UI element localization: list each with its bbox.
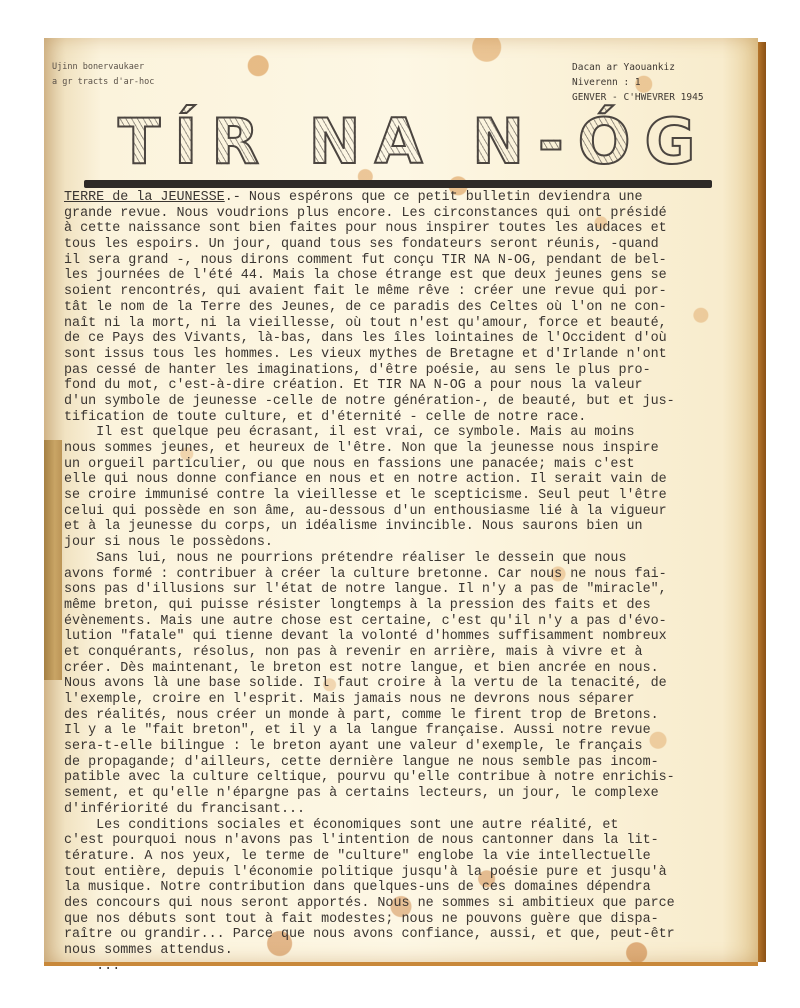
article-line: et à la jeunesse du corps, un idéalisme … — [64, 519, 754, 535]
issue-number: Niverenn : 1 — [572, 75, 704, 90]
article-line: Nous avons là une base solide. Il faut c… — [64, 676, 754, 692]
article-heading: TERRE de la JEUNESSE — [64, 190, 225, 205]
article-line: sons pas d'illusions sur l'état de notre… — [64, 582, 754, 598]
article-line: évènements. Mais une autre chose est cer… — [64, 614, 754, 630]
article-line: Il y a le "fait breton", et il y a la la… — [64, 723, 754, 739]
article-line: les journées de l'été 44. Mais la chose … — [64, 268, 754, 284]
article-line: même breton, qui puisse résister longtem… — [64, 598, 754, 614]
article-line: c'est pourquoi nous n'avons pas l'intent… — [64, 833, 754, 849]
article-line: d'un symbole de jeunesse -celle de notre… — [64, 394, 754, 410]
masthead-title: TÍR NA N-ÓG — [118, 108, 638, 176]
article-line: tât le nom de la Terre des Jeunes, de ce… — [64, 300, 754, 316]
article-line: de propagande; d'ailleurs, cette dernièr… — [64, 755, 754, 771]
article-line: fond du mot, c'est-à-dire création. Et T… — [64, 378, 754, 394]
article-line: tout entière, depuis l'économie politiqu… — [64, 865, 754, 881]
article-line: sont issus tous les hommes. Les vieux my… — [64, 347, 754, 363]
article-line: et conquérants, résolus, non pas à reven… — [64, 645, 754, 661]
article-line: ... — [64, 959, 754, 975]
header-left-line: a gr tracts d'ar-hoc — [52, 75, 154, 90]
article-line: Les conditions sociales et économiques s… — [64, 818, 754, 834]
article-line: grande revue. Nous voudrions plus encore… — [64, 206, 754, 222]
article-line: l'exemple, croire en l'esprit. Mais jama… — [64, 692, 754, 708]
article-line: un orgueil particulier, ou que nous en f… — [64, 457, 754, 473]
article-line: des concours qui nous seront apportés. N… — [64, 896, 754, 912]
page-edge — [758, 42, 766, 962]
issue-info: Dacan ar Yaouankiz Niverenn : 1 GENVER -… — [572, 60, 704, 105]
article-line: pas cessé de hanter les imaginations, d'… — [64, 363, 754, 379]
article-line: térature. A nos yeux, le terme de "cultu… — [64, 849, 754, 865]
article-line: des réalités, nous créer un monde à part… — [64, 708, 754, 724]
header-left-info: Ujinn bonervaukaer a gr tracts d'ar-hoc — [52, 60, 154, 90]
article-line: sement, et qu'elle n'épargne pas à certa… — [64, 786, 754, 802]
article-line: TERRE de la JEUNESSE.- Nous espérons que… — [64, 190, 754, 206]
article-body: TERRE de la JEUNESSE.- Nous espérons que… — [64, 190, 754, 974]
article-line: tous les espoirs. Un jour, quand tous se… — [64, 237, 754, 253]
article-line: à cette naissance sont bien faites pour … — [64, 221, 754, 237]
article-line: tification de toute culture, et d'éterni… — [64, 410, 754, 426]
article-line: la musique. Notre contribution dans quel… — [64, 880, 754, 896]
issue-date: GENVER - C'HWEVRER 1945 — [572, 90, 704, 105]
article-line: jour si nous le possèdons. — [64, 535, 754, 551]
article-line: celui qui possède en son âme, au-dessous… — [64, 504, 754, 520]
article-line: d'infériorité du francisant... — [64, 802, 754, 818]
article-line: sera-t-elle bilingue : le breton ayant u… — [64, 739, 754, 755]
article-line: que nos débuts sont tout à fait modestes… — [64, 912, 754, 928]
masthead-rule — [84, 180, 712, 188]
article-line: elle qui nous donne confiance en nous et… — [64, 472, 754, 488]
article-line: naît ni la mort, ni la vieillesse, où to… — [64, 316, 754, 332]
article-line: Sans lui, nous ne pourrions prétendre ré… — [64, 551, 754, 567]
article-line: se croire immunisé contre la vieillesse … — [64, 488, 754, 504]
article-line: patible avec la culture celtique, pourvu… — [64, 770, 754, 786]
header-left-line: Ujinn bonervaukaer — [52, 60, 154, 75]
article-line: de ce Pays des Vivants, là-bas, dans les… — [64, 331, 754, 347]
article-line: avons formé : contribuer à créer la cult… — [64, 567, 754, 583]
article-line: raître ou grandir... Parce que nous avon… — [64, 927, 754, 943]
article-line: soient rencontrés, qui avaient fait le m… — [64, 284, 754, 300]
article-line: nous sommes jeunes, et heureux de l'être… — [64, 441, 754, 457]
article-line: Il est quelque peu écrasant, il est vrai… — [64, 425, 754, 441]
article-line: il sera grand -, nous dirons comment fut… — [64, 253, 754, 269]
article-line: lution "fatale" qui tienne devant la vol… — [64, 629, 754, 645]
article-line: nous sommes attendus. — [64, 943, 754, 959]
binding-tape — [44, 440, 62, 680]
article-line: créer. Dès maintenant, le breton est not… — [64, 661, 754, 677]
publisher-line: Dacan ar Yaouankiz — [572, 60, 704, 75]
